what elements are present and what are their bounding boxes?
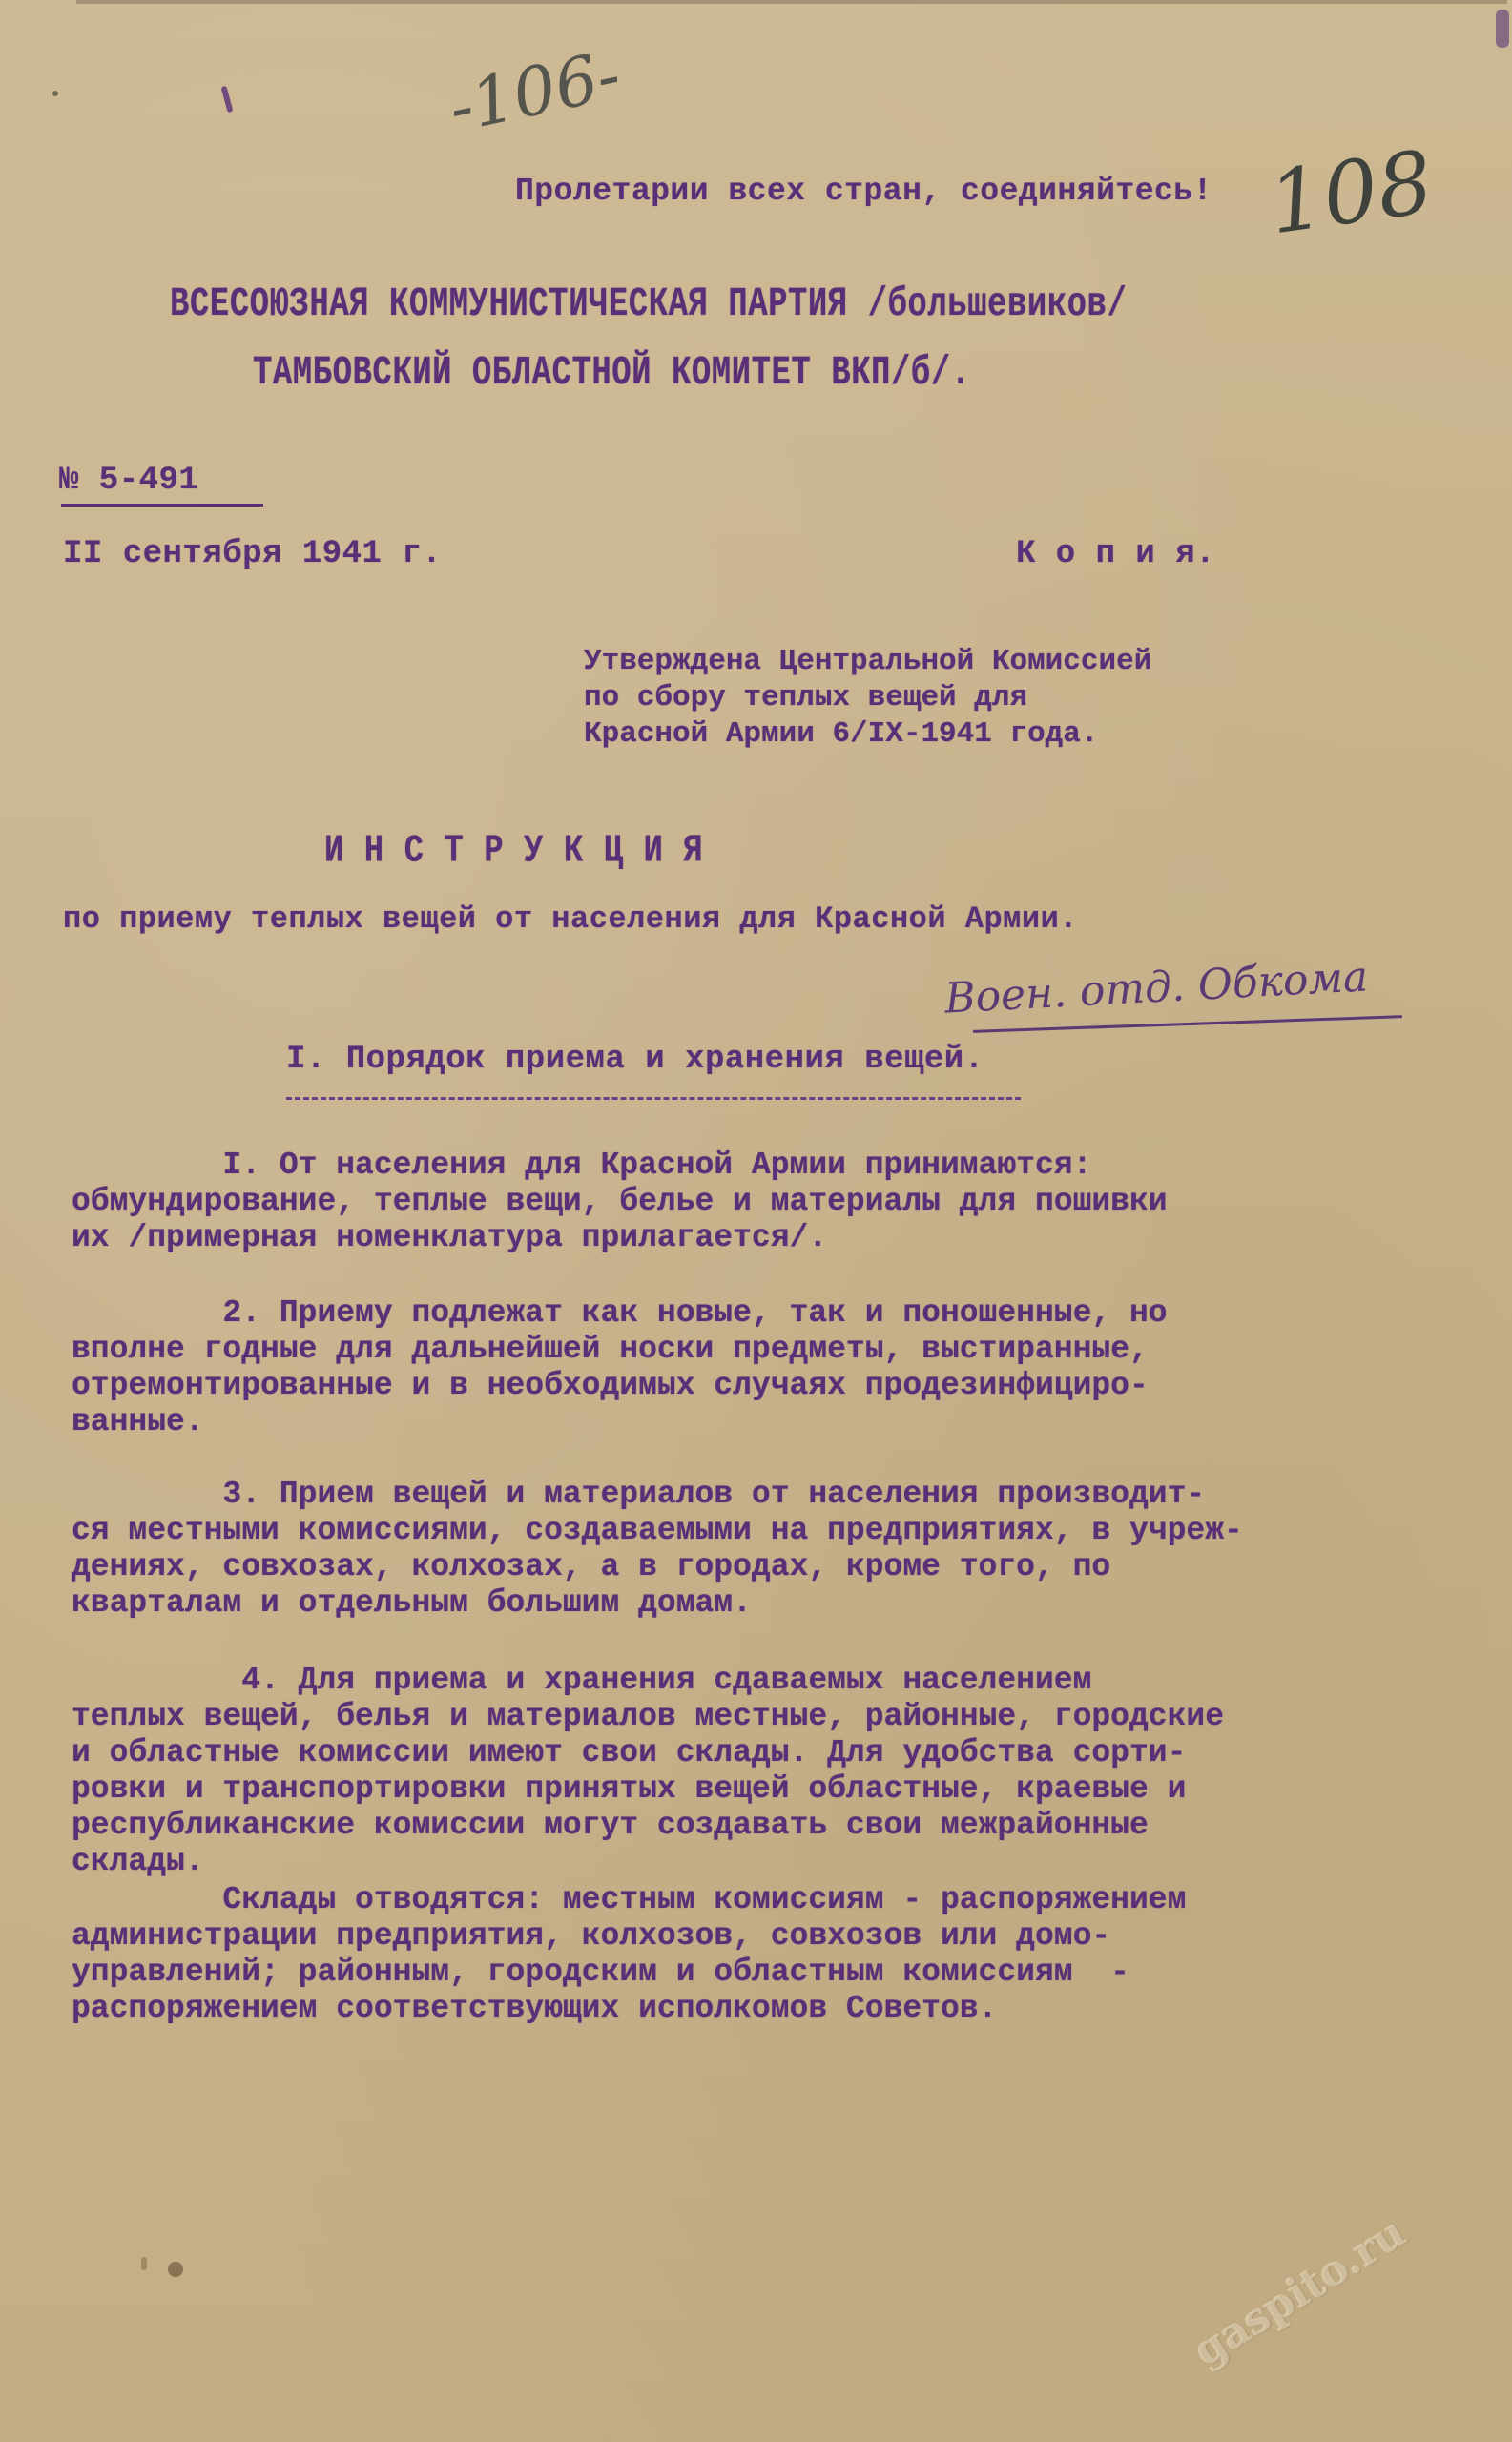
ink-speck bbox=[1496, 10, 1509, 48]
paragraph-line: ровки и транспортировки принятых вещей о… bbox=[72, 1771, 1426, 1808]
copy-mark: К о п и я. bbox=[1016, 536, 1215, 572]
paragraph-line: 2. Приему подлежат как новые, так и поно… bbox=[72, 1295, 1426, 1332]
paragraph-line: вполне годные для дальнейшей носки предм… bbox=[72, 1332, 1426, 1368]
paragraph-line: дениях, совхозах, колхозах, а в городах,… bbox=[72, 1549, 1426, 1585]
slogan: Пролетарии всех стран, соединяйтесь! bbox=[515, 174, 1212, 209]
organization-line-2: ТАМБОВСКИЙ ОБЛАСТНОЙ КОМИТЕТ ВКП/б/. bbox=[253, 351, 971, 397]
stain-dot bbox=[168, 2262, 183, 2277]
paragraph-5: Склады отводятся: местным комиссиям - ра… bbox=[72, 1882, 1426, 2027]
paragraph-line: распоряжением соответствующих исполкомов… bbox=[72, 1991, 1426, 2027]
approval-line: Красной Армии 6/IX-1941 года. bbox=[584, 716, 1309, 753]
ink-speck bbox=[52, 91, 58, 96]
document-number-underline bbox=[61, 504, 263, 507]
approval-line: по сбору теплых вещей для bbox=[584, 680, 1309, 716]
paragraph-line: республиканские комиссии могут создавать… bbox=[72, 1808, 1426, 1844]
paragraph-line: Склады отводятся: местным комиссиям - ра… bbox=[72, 1882, 1426, 1918]
paragraph-line: теплых вещей, белья и материалов местные… bbox=[72, 1699, 1426, 1735]
paragraph-3: 3. Прием вещей и материалов от населения… bbox=[72, 1477, 1426, 1622]
section-heading: I. Порядок приема и хранения вещей. bbox=[286, 1042, 984, 1078]
document-subtitle: по приему теплых вещей от населения для … bbox=[63, 901, 1078, 937]
section-heading-underline bbox=[286, 1097, 1021, 1100]
paragraph-line: управлений; районным, городским и област… bbox=[72, 1955, 1426, 1991]
paragraph-line: склады. bbox=[72, 1844, 1426, 1880]
organization-line-1: ВСЕСОЮЗНАЯ КОММУНИСТИЧЕСКАЯ ПАРТИЯ /боль… bbox=[170, 282, 1127, 328]
paragraph-line: администрации предприятия, колхозов, сов… bbox=[72, 1918, 1426, 1955]
document-date: II сентября 1941 г. bbox=[63, 536, 442, 572]
paragraph-line: ванные. bbox=[72, 1404, 1426, 1440]
paragraph-line: их /примерная номенклатура прилагается/. bbox=[72, 1220, 1426, 1256]
paragraph-1: I. От населения для Красной Армии приним… bbox=[72, 1148, 1426, 1256]
stain-dot bbox=[141, 2257, 147, 2270]
document-number: № 5-491 bbox=[59, 463, 198, 499]
paragraph-line: I. От населения для Красной Армии приним… bbox=[72, 1148, 1426, 1184]
paragraph-line: обмундирование, теплые вещи, белье и мат… bbox=[72, 1184, 1426, 1220]
paragraph-line: ся местными комиссиями, создаваемыми на … bbox=[72, 1513, 1426, 1549]
paragraph-line: кварталам и отдельным большим домам. bbox=[72, 1585, 1426, 1622]
document-title: И Н С Т Р У К Ц И Я bbox=[324, 830, 703, 874]
paragraph-line: 4. Для приема и хранения сдаваемых насел… bbox=[72, 1663, 1426, 1699]
page-top-edge bbox=[76, 0, 1507, 4]
paragraph-4: 4. Для приема и хранения сдаваемых насел… bbox=[72, 1663, 1426, 1880]
approval-line: Утверждена Центральной Комиссией bbox=[584, 644, 1309, 680]
paragraph-2: 2. Приему подлежат как новые, так и поно… bbox=[72, 1295, 1426, 1440]
paragraph-line: 3. Прием вещей и материалов от населения… bbox=[72, 1477, 1426, 1513]
paragraph-line: и областные комиссии имеют свои склады. … bbox=[72, 1735, 1426, 1771]
paragraph-line: отремонтированные и в необходимых случая… bbox=[72, 1368, 1426, 1404]
approval-block: Утверждена Центральной Комиссией по сбор… bbox=[584, 644, 1309, 753]
